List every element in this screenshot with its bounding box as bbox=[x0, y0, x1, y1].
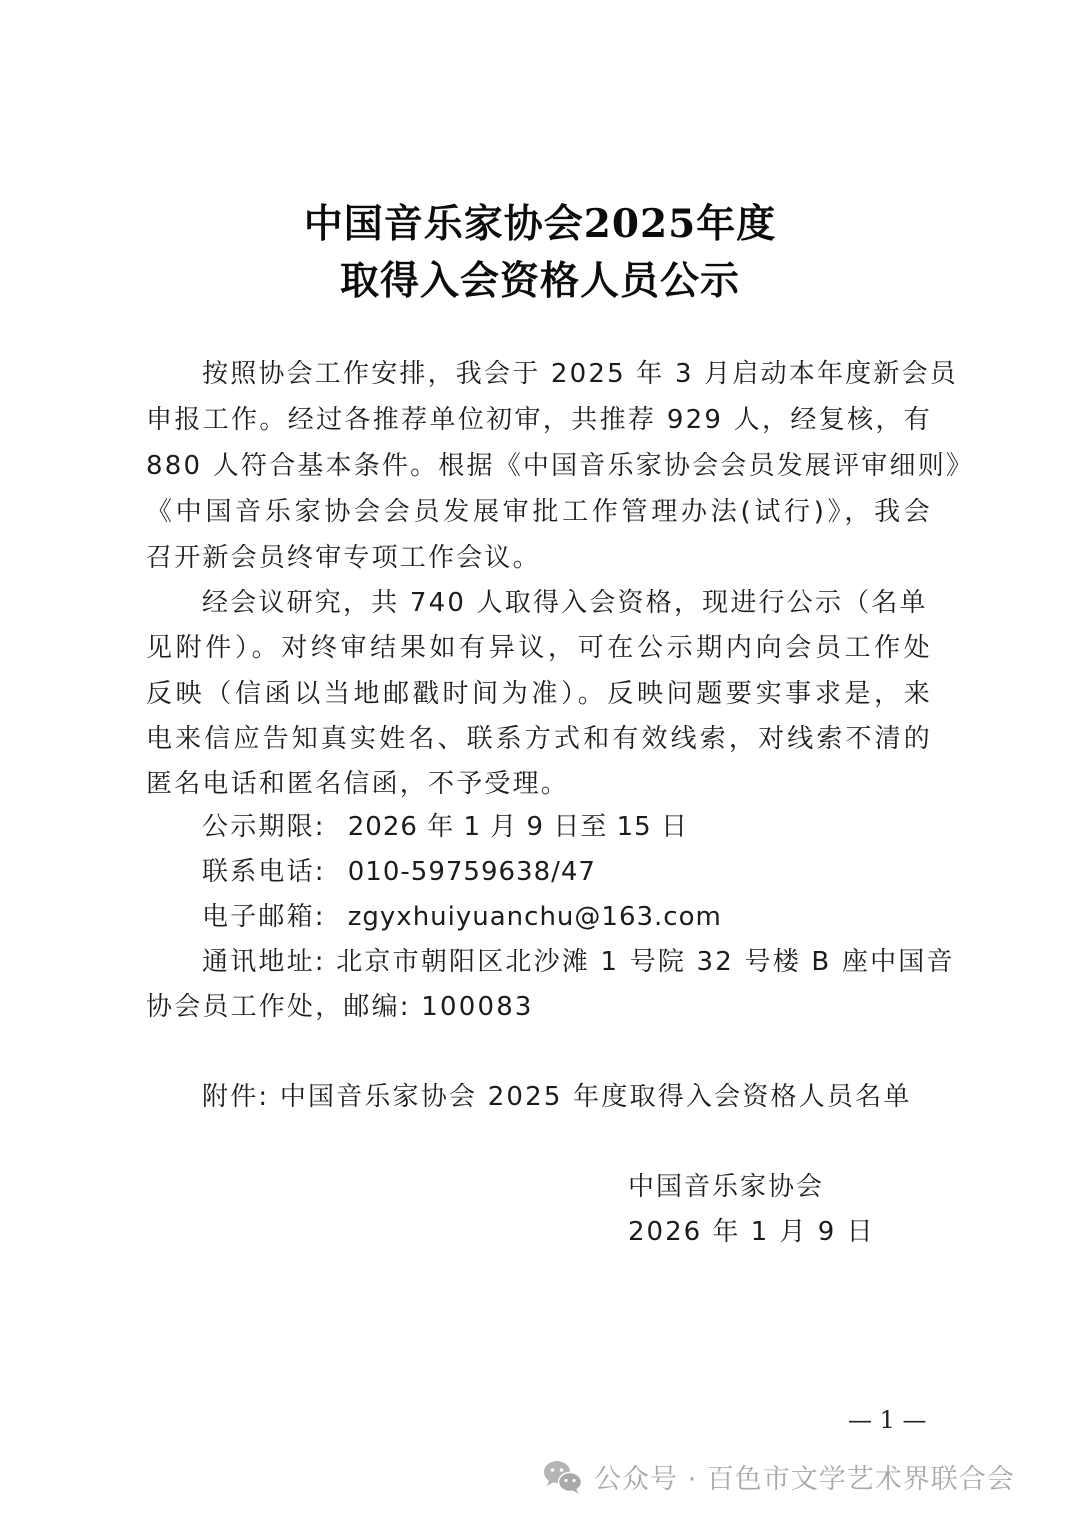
document-page: 中国音乐家协会2025年度 取得入会资格人员公示 按照协会工作安排，我会于 20… bbox=[0, 0, 1080, 1526]
attachment-note: 附件: 中国音乐家协会 2025 年度取得入会资格人员名单 bbox=[202, 1076, 912, 1113]
email-label: 电子邮箱: bbox=[202, 896, 326, 933]
period-label: 公示期限: bbox=[202, 806, 326, 843]
paragraph2-line: 见附件）。对终审结果如有异议，可在公示期内向会员工作处 bbox=[146, 627, 932, 664]
period-field: 公示期限:2026 年 1 月 9 日至 15 日 bbox=[202, 806, 688, 843]
address-line1: 通讯地址: 北京市朝阳区北沙滩 1 号院 32 号楼 B 座中国音 bbox=[202, 941, 932, 978]
wechat-icon bbox=[542, 1457, 584, 1495]
page-number: — 1 — bbox=[848, 1406, 927, 1434]
paragraph2-line: 经会议研究，共 740 人取得入会资格，现进行公示（名单 bbox=[202, 582, 932, 619]
paragraph1-line: 《中国音乐家协会会员发展审批工作管理办法(试行)》，我会 bbox=[146, 491, 932, 528]
document-title-line2: 取得入会资格人员公示 bbox=[0, 250, 1080, 306]
email-value: zgyxhuiyuanchu@163.com bbox=[348, 902, 722, 932]
paragraph2-line: 电来信应告知真实姓名、联系方式和有效线索，对线索不清的 bbox=[146, 718, 932, 755]
email-field: 电子邮箱:zgyxhuiyuanchu@163.com bbox=[202, 896, 722, 933]
watermark-text: 公众号 · 百色市文学艺术界联合会 bbox=[594, 1457, 1015, 1496]
paragraph1-line: 按照协会工作安排，我会于 2025 年 3 月启动本年度新会员 bbox=[202, 353, 932, 390]
phone-field: 联系电话:010-59759638/47 bbox=[202, 851, 596, 888]
paragraph1-line: 880 人符合基本条件。根据《中国音乐家协会会员发展评审细则》 bbox=[146, 445, 932, 482]
wechat-watermark: 公众号 · 百色市文学艺术界联合会 bbox=[542, 1454, 1015, 1498]
paragraph1-line: 申报工作。经过各推荐单位初审，共推荐 929 人，经复核，有 bbox=[146, 399, 932, 436]
phone-value: 010-59759638/47 bbox=[348, 857, 596, 887]
paragraph2-line: 反映（信函以当地邮戳时间为准）。反映问题要实事求是，来 bbox=[146, 673, 932, 710]
signature-organization: 中国音乐家协会 bbox=[628, 1166, 824, 1203]
paragraph2-line: 匿名电话和匿名信函，不予受理。 bbox=[146, 763, 932, 800]
signature-date: 2026 年 1 月 9 日 bbox=[628, 1211, 875, 1248]
address-line2: 协会员工作处，邮编: 100083 bbox=[146, 986, 534, 1023]
phone-label: 联系电话: bbox=[202, 851, 326, 888]
period-value: 2026 年 1 月 9 日至 15 日 bbox=[348, 806, 688, 843]
document-title-line1: 中国音乐家协会2025年度 bbox=[0, 193, 1080, 249]
paragraph1-line: 召开新会员终审专项工作会议。 bbox=[146, 537, 932, 574]
